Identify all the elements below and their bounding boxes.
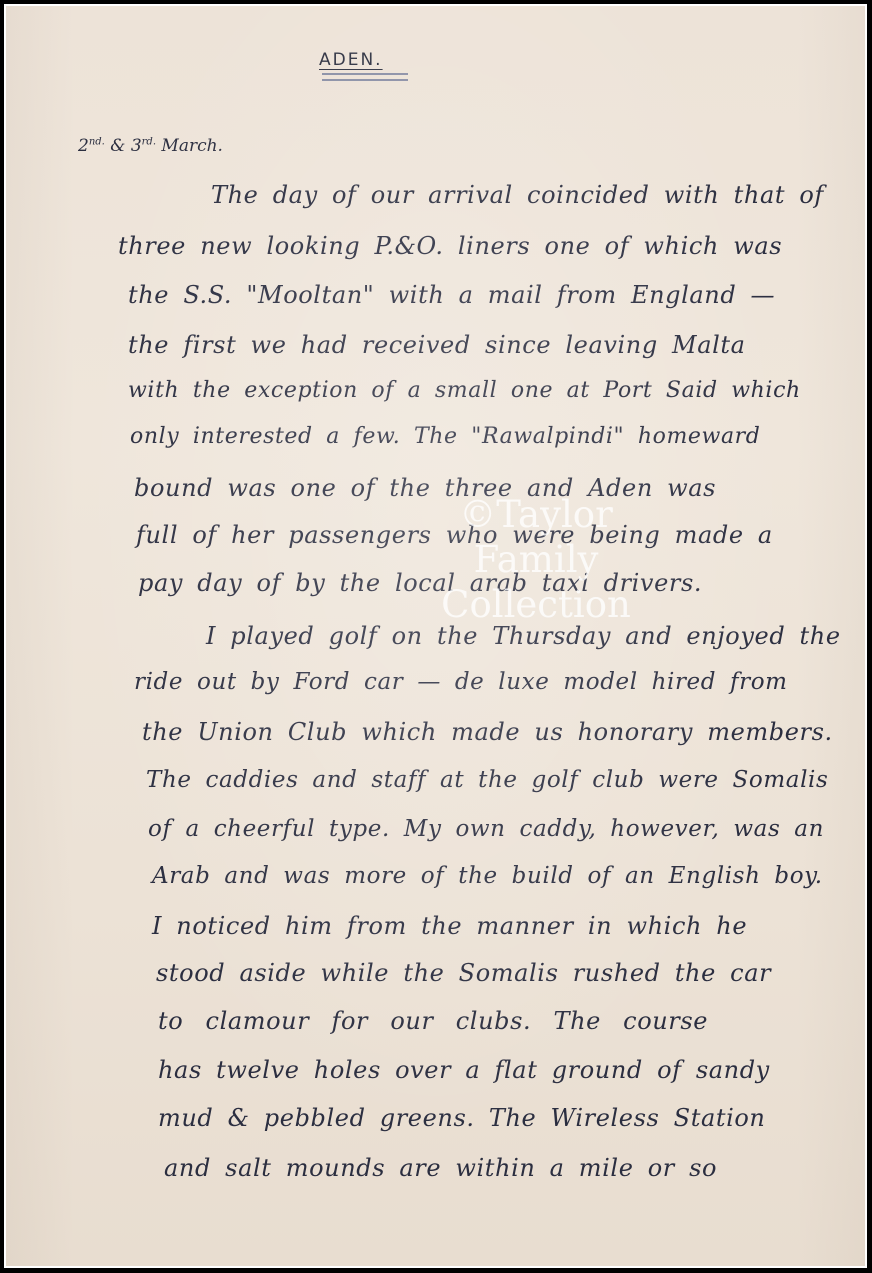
text-line: I noticed him from the manner in which h… bbox=[152, 912, 747, 940]
text-line: the Union Club which made us honorary me… bbox=[142, 718, 833, 746]
text-line: only interested a few. The "Rawalpindi" … bbox=[130, 424, 760, 449]
text-line: has twelve holes over a flat ground of s… bbox=[158, 1056, 770, 1084]
text-line: with the exception of a small one at Por… bbox=[128, 378, 801, 403]
title-underline-2 bbox=[322, 79, 408, 81]
date-day-2: 3 bbox=[131, 136, 142, 156]
inner-white-border: ADEN. 2nd. & 3rd. March. The day of our … bbox=[4, 4, 867, 1268]
text-line: of a cheerful type. My own caddy, howeve… bbox=[148, 816, 824, 842]
title-underline-1 bbox=[322, 73, 408, 75]
diary-page: ADEN. 2nd. & 3rd. March. The day of our … bbox=[6, 6, 865, 1266]
date-day-1: 2 bbox=[78, 136, 89, 156]
text-line: stood aside while the Somalis rushed the… bbox=[156, 959, 771, 987]
date-suffix-1: nd. bbox=[89, 136, 105, 147]
text-line: three new looking P.&O. liners one of wh… bbox=[118, 232, 782, 260]
date-conjunction: & bbox=[105, 136, 131, 156]
text-line: the first we had received since leaving … bbox=[128, 331, 746, 359]
text-line: the S.S. "Mooltan" with a mail from Engl… bbox=[128, 281, 775, 309]
entry-date: 2nd. & 3rd. March. bbox=[78, 136, 223, 156]
text-line: to clamour for our clubs. The course bbox=[158, 1007, 708, 1035]
text-line: ride out by Ford car — de luxe model hir… bbox=[134, 669, 788, 695]
text-line: The caddies and staff at the golf club w… bbox=[146, 767, 828, 793]
text-line: and salt mounds are within a mile or so bbox=[164, 1154, 717, 1182]
copyright-watermark: ©Taylor Family Collection bbox=[406, 492, 666, 627]
date-suffix-2: rd. bbox=[142, 136, 156, 147]
text-line: I played golf on the Thursday and enjoye… bbox=[206, 622, 841, 650]
text-line: The day of our arrival coincided with th… bbox=[211, 181, 824, 209]
text-line: full of her passengers who were being ma… bbox=[136, 521, 773, 549]
text-line: mud & pebbled greens. The Wireless Stati… bbox=[158, 1104, 766, 1132]
outer-black-border: ADEN. 2nd. & 3rd. March. The day of our … bbox=[0, 0, 872, 1273]
text-line: Arab and was more of the build of an Eng… bbox=[152, 863, 823, 889]
text-line: bound was one of the three and Aden was bbox=[134, 474, 716, 502]
date-month: March. bbox=[156, 136, 223, 156]
text-line: pay day of by the local arab taxi driver… bbox=[138, 569, 702, 597]
page-title: ADEN. bbox=[319, 50, 383, 70]
